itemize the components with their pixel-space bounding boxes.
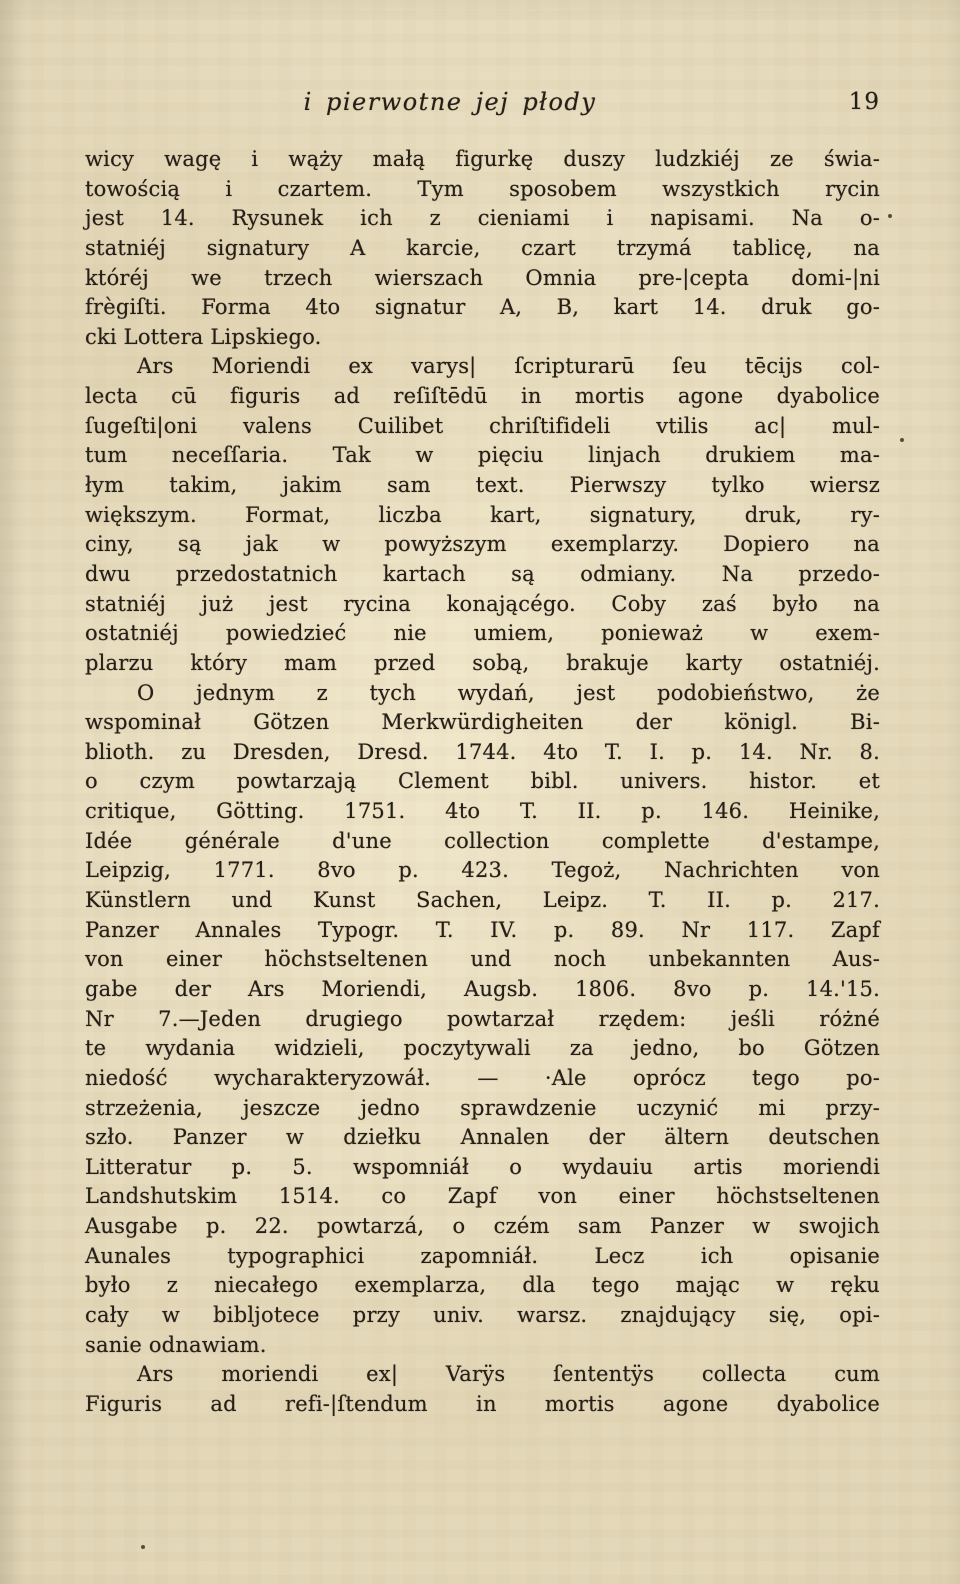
text-line: critique, Götting. 1751. 4to T. II. p. 1…: [85, 797, 880, 827]
text-line: wspominał Götzen Merkwürdigheiten der kö…: [85, 708, 880, 738]
scanned-book-page: i pierwotne jej płody 19 wicy wagę i wąż…: [0, 0, 960, 1584]
text-line: sanie odnawiam.: [85, 1331, 880, 1361]
text-line: szło. Panzer w dziełku Annalen der älter…: [85, 1123, 880, 1153]
text-line: ciny, są jak w powyższym exemplarzy. Dop…: [85, 530, 880, 560]
ink-speck: [888, 214, 892, 218]
text-line: większym. Format, liczba kart, signatury…: [85, 501, 880, 531]
text-line: von einer höchstseltenen und noch unbeka…: [85, 945, 880, 975]
text-line: dwu przedostatnich kartach są odmiany. N…: [85, 560, 880, 590]
text-line: cały w bibljotece przy univ. warsz. znaj…: [85, 1301, 880, 1331]
page-number: 19: [849, 89, 880, 115]
text-line: któréj we trzech wierszach Omnia pre-|ce…: [85, 264, 880, 294]
text-line: te wydania widzieli, poczytywali za jedn…: [85, 1034, 880, 1064]
text-line: gabe der Ars Moriendi, Augsb. 1806. 8vo …: [85, 975, 880, 1005]
text-line: Idée générale d'une collection complette…: [85, 827, 880, 857]
text-line: Figuris ad refi-|ſtendum in mortis agone…: [85, 1390, 880, 1420]
ink-speck: [900, 438, 904, 442]
text-line: Landshutskim 1514. co Zapf von einer höc…: [85, 1182, 880, 1212]
running-header: i pierwotne jej płody: [85, 88, 815, 116]
text-line: Ausgabe p. 22. powtarzá, o czém sam Panz…: [85, 1212, 880, 1242]
text-line: Nr 7.—Jeden drugiego powtarzał rzędem: j…: [85, 1005, 880, 1035]
text-line: towością i czartem. Tym sposobem wszystk…: [85, 175, 880, 205]
text-line: statniéj już jest rycina konającégo. Cob…: [85, 590, 880, 620]
text-line: o czym powtarzają Clement bibl. univers.…: [85, 767, 880, 797]
text-line: blioth. zu Dresden, Dresd. 1744. 4to T. …: [85, 738, 880, 768]
text-line: cki Lottera Lipskiego.: [85, 323, 880, 353]
text-line: lecta cū figuris ad reſiſtēdū in mortis …: [85, 382, 880, 412]
text-line: niedość wycharakteryzowáł. — ·Ale oprócz…: [85, 1064, 880, 1094]
text-line: łym takim, jakim sam text. Pierwszy tylk…: [85, 471, 880, 501]
running-header-row: i pierwotne jej płody 19: [85, 88, 880, 124]
text-line: ostatniéj powiedzieć nie umiem, ponieważ…: [85, 619, 880, 649]
text-line: O jednym z tych wydań, jest podobieństwo…: [85, 679, 880, 709]
text-line: ſugeſti|oni valens Cuilibet chriſtifidel…: [85, 412, 880, 442]
text-line: strzeżenia, jeszcze jedno sprawdzenie uc…: [85, 1094, 880, 1124]
text-line: plarzu który mam przed sobą, brakuje kar…: [85, 649, 880, 679]
text-line: Künstlern und Kunst Sachen, Leipz. T. II…: [85, 886, 880, 916]
text-line: Litteratur p. 5. wspomniáł o wydauiu art…: [85, 1153, 880, 1183]
text-line: Ars moriendi ex| Varÿs ſententÿs collect…: [85, 1360, 880, 1390]
text-line: Panzer Annales Typogr. T. IV. p. 89. Nr …: [85, 916, 880, 946]
text-line: Aunales typographici zapomniáł. Lecz ich…: [85, 1242, 880, 1272]
text-line: jest 14. Rysunek ich z cieniami i napisa…: [85, 204, 880, 234]
text-line: statniéj signatury A karcie, czart trzym…: [85, 234, 880, 264]
ink-speck: [141, 1545, 145, 1549]
text-line: tum neceſſaria. Tak w pięciu linjach dru…: [85, 441, 880, 471]
text-line: Ars Moriendi ex varys| ſcripturarū ſeu t…: [85, 352, 880, 382]
text-line: było z niecałego exemplarza, dla tego ma…: [85, 1271, 880, 1301]
text-line: wicy wagę i wąży małą figurkę duszy ludz…: [85, 145, 880, 175]
text-line: Leipzig, 1771. 8vo p. 423. Tegoż, Nachri…: [85, 856, 880, 886]
text-line: frègiſti. Forma 4to signatur A, B, kart …: [85, 293, 880, 323]
page-text: wicy wagę i wąży małą figurkę duszy ludz…: [85, 145, 880, 1420]
